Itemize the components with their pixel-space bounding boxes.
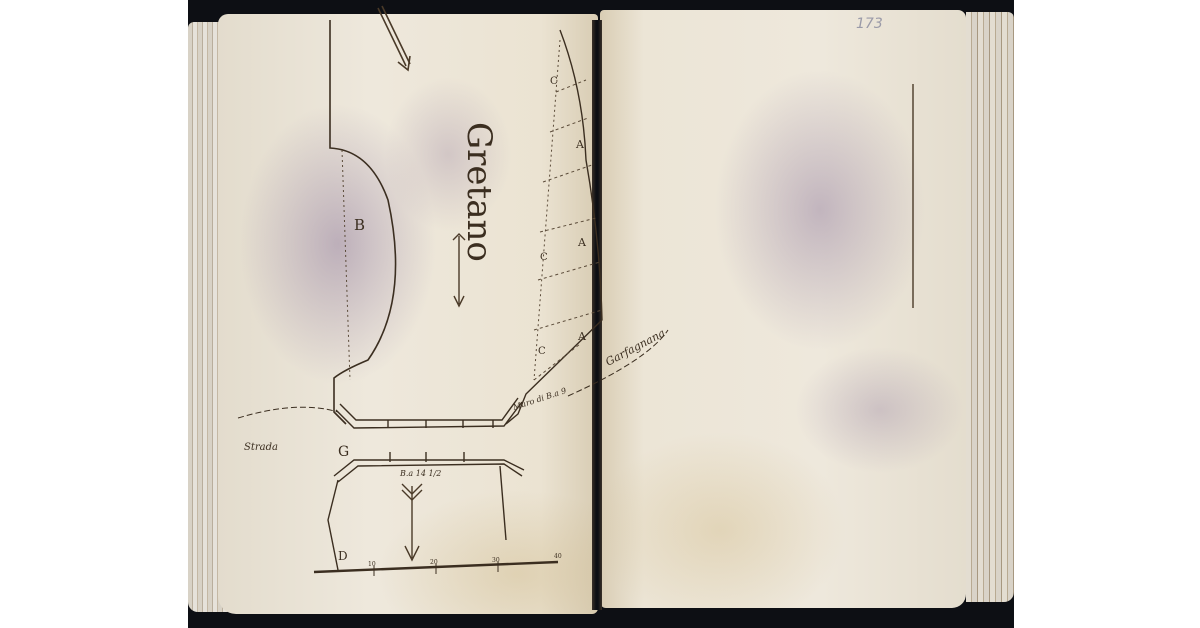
south-arrow-icon (402, 484, 422, 560)
scale-tick-label: 10 (368, 561, 376, 568)
river-name-label: Gretano (459, 122, 499, 262)
point-a-label: A (577, 236, 587, 249)
point-c-label: C (540, 252, 548, 263)
folio-number: 173 (856, 16, 883, 32)
north-arrow-icon (378, 6, 410, 70)
wall-annotation: Muro di B.a 9 (511, 386, 568, 412)
corner-label: D (338, 549, 348, 563)
road-garfagnana-label: Garfagnana (603, 326, 667, 368)
manuscript-drawing: Gretano B G D A A A C C C Muro di B.a 9 … (188, 0, 1014, 628)
scale-tick-label: 30 (492, 557, 500, 564)
bridge-upper (336, 398, 522, 428)
point-c-label: C (538, 346, 546, 357)
gate-label: G (338, 444, 349, 460)
point-c-label: C (550, 76, 558, 87)
point-a-label: A (577, 330, 587, 343)
bridge-width-annotation: B.a 14 1/2 (399, 469, 441, 478)
bastion-label: B (354, 216, 365, 234)
dotted-guide (534, 40, 560, 380)
scale-tick-label: 40 (554, 553, 562, 560)
scale-tick-label: 20 (430, 559, 438, 566)
survey-lines (534, 80, 602, 380)
point-a-label: A (575, 138, 585, 151)
road-strada-label: Strada (244, 442, 278, 453)
road-left (238, 407, 338, 418)
dotted-guide (342, 150, 350, 380)
book-photograph: Gretano B G D A A A C C C Muro di B.a 9 … (188, 0, 1014, 628)
